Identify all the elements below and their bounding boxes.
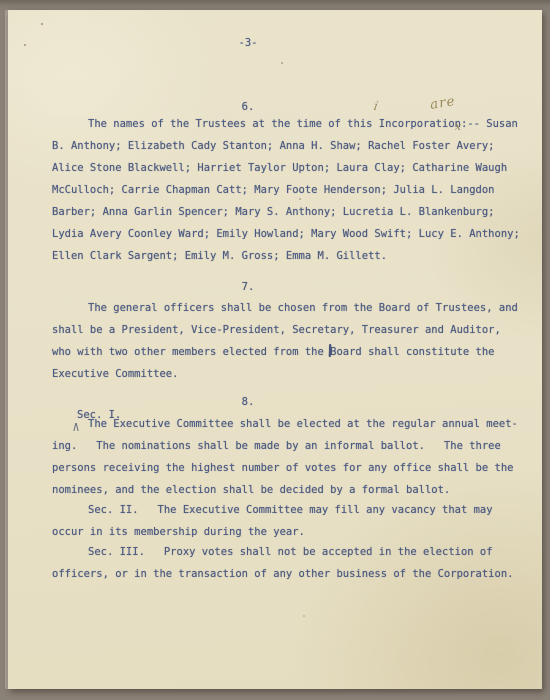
typed-line: The general officers shall be chosen fro… xyxy=(52,297,538,319)
trustees-paragraph: The names of the Trustees at the time of… xyxy=(52,113,538,267)
typed-line: ing. The nominations shall be made by an… xyxy=(52,435,538,457)
typed-line: occur in its membership during the year. xyxy=(52,521,538,543)
typed-line: nominees, and the election shall be deci… xyxy=(52,479,538,501)
typed-line: Lydia Avery Coonley Ward; Emily Howland;… xyxy=(52,223,538,245)
officers-paragraph: The general officers shall be chosen fro… xyxy=(52,297,538,385)
typed-line: Ellen Clark Sargent; Emily M. Gross; Emm… xyxy=(52,245,538,267)
typed-line: B. Anthony; Elizabeth Cady Stanton; Anna… xyxy=(52,135,538,157)
scanned-document-page: -3- 6. The names of the Trustees at the … xyxy=(8,10,542,689)
typed-line: officers, or in the transaction of any o… xyxy=(52,563,538,585)
sec-ii-paragraph: Sec. II. The Executive Committee may fil… xyxy=(52,499,538,543)
paper-speck xyxy=(281,62,283,64)
insertion-caret-before-sec-i: ∧ xyxy=(72,418,80,434)
typed-line: Sec. II. The Executive Committee may fil… xyxy=(52,499,538,521)
typed-line: McCulloch; Carrie Chapman Catt; Mary Foo… xyxy=(52,179,538,201)
paper-speck xyxy=(24,44,26,46)
page-number: -3- xyxy=(8,32,488,54)
typed-line: Barber; Anna Garlin Spencer; Mary S. Ant… xyxy=(52,201,538,223)
insertion-mark-below-colon: x xyxy=(455,120,462,133)
paper-speck xyxy=(299,198,301,200)
paper-speck xyxy=(303,615,305,617)
typed-line: Alice Stone Blackwell; Harriet Taylor Up… xyxy=(52,157,538,179)
typed-line: The names of the Trustees at the time of… xyxy=(52,113,538,135)
typed-line: The Executive Committee shall be elected… xyxy=(52,413,538,435)
section-7-number: 7. xyxy=(8,276,488,298)
executive-committee-paragraph: The Executive Committee shall be elected… xyxy=(52,413,538,501)
paper-speck xyxy=(41,23,43,25)
typed-line: shall be a President, Vice-President, Se… xyxy=(52,319,538,341)
sec-iii-paragraph: Sec. III. Proxy votes shall not be accep… xyxy=(52,541,538,585)
typed-line: who with two other members elected from … xyxy=(52,341,538,363)
typed-line: Sec. III. Proxy votes shall not be accep… xyxy=(52,541,538,563)
typed-line: persons receiving the highest number of … xyxy=(52,457,538,479)
typed-line: Executive Committee. xyxy=(52,363,538,385)
